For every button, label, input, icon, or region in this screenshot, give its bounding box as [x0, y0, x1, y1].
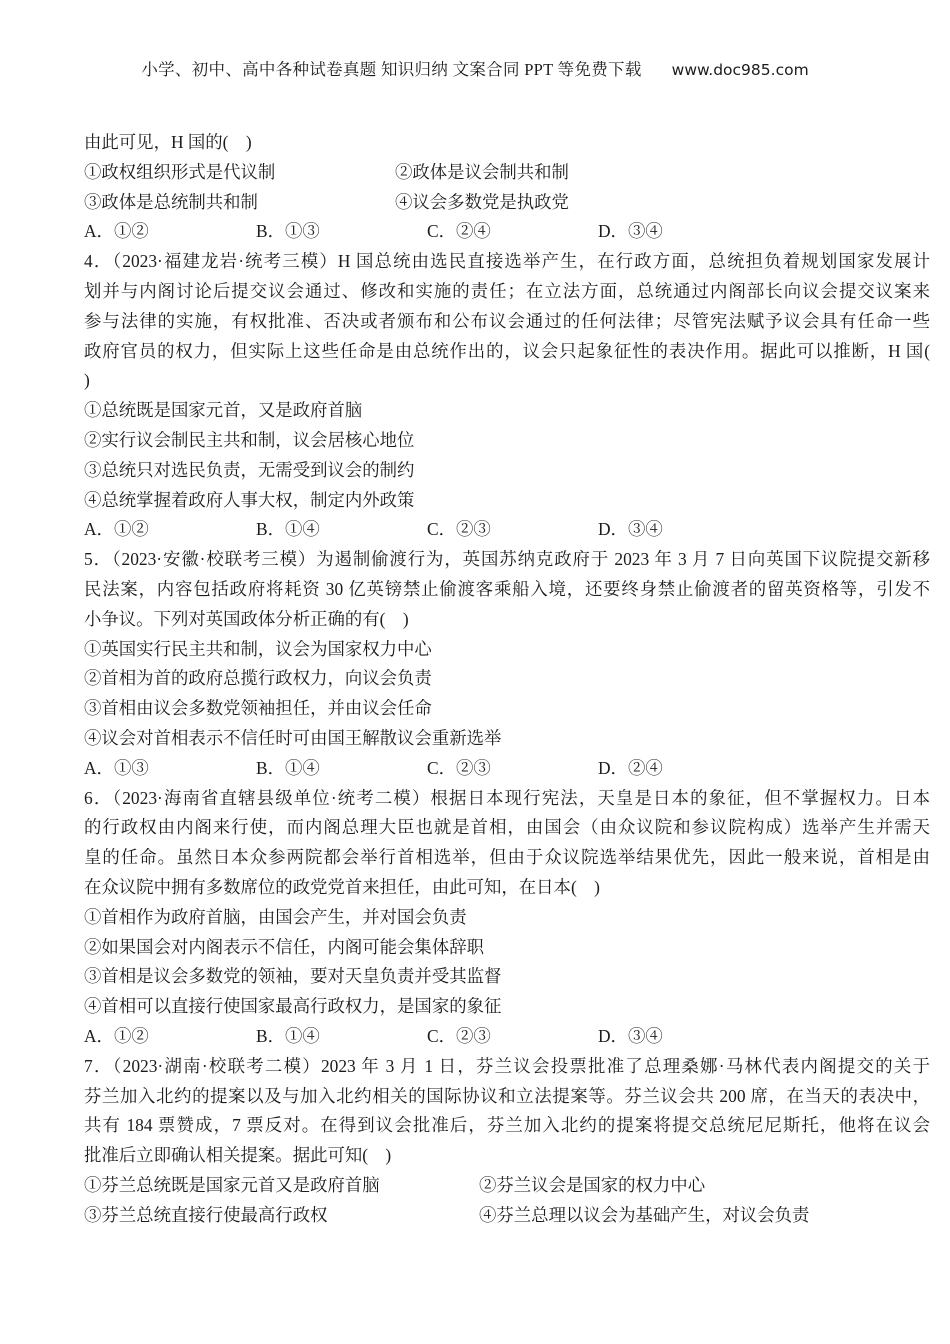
q6-option-line: ②如果国会对内阁表示不信任，内阁可能会集体辞职: [84, 933, 930, 963]
answer-item: D．③④: [598, 217, 663, 247]
answer-item: A．①②: [84, 217, 149, 247]
q7-paragraph-line: 批准后立即确认相关提案。据此可知( ): [84, 1141, 930, 1171]
q5-paragraph-line: 小争议。下列对英国政体分析正确的有( ): [84, 605, 930, 635]
answer-item: D．③④: [598, 1022, 663, 1052]
answer-item: C．②④: [427, 217, 491, 247]
q6-paragraph-line: 在众议院中拥有多数席位的政党党首来担任，由此可知，在日本( ): [84, 873, 930, 903]
q5-option-line: ④议会对首相表示不信任时可由国王解散议会重新选举: [84, 724, 930, 754]
q4-option-line: ①总统既是国家元首，又是政府首脑: [84, 396, 930, 426]
q6-answer-row: A．①② B．①④ C．②③ D．③④: [84, 1022, 930, 1052]
q5-paragraph-line: 民法案，内容包括政府将耗资 30 亿英镑禁止偷渡客乘船入境，还要终身禁止偷渡者的…: [84, 575, 930, 605]
q4-paragraph-line: 划并与内阁讨论后提交议会通过、修改和实施的责任；在立法方面，总统通过内阁部长向议…: [84, 277, 930, 307]
answer-item: C．②③: [427, 754, 491, 784]
q5-answer-row: A．①③ B．①④ C．②③ D．②④: [84, 754, 930, 784]
q4-paragraph-line: 政府官员的权力，但实际上这些任命是由总统作出的，议会只起象征性的表决作用。据此可…: [84, 337, 930, 367]
q4-option-line: ④总统掌握着政府人事大权，制定内外政策: [84, 486, 930, 516]
answer-item: D．②④: [598, 754, 663, 784]
q6-option-line: ①首相作为政府首脑，由国会产生，并对国会负责: [84, 903, 930, 933]
answer-item: B．①④: [256, 515, 320, 545]
q4-option-line: ③总统只对选民负责，无需受到议会的制约: [84, 456, 930, 486]
q5-paragraph-line: 5．（2023·安徽·校联考三模）为遏制偷渡行为，英国苏纳克政府于 2023 年…: [84, 545, 930, 575]
q3-answer-row: A．①② B．①③ C．②④ D．③④: [84, 217, 930, 247]
q7-option-row-1: ①芬兰总统既是国家元首又是政府首脑 ②芬兰议会是国家的权力中心: [84, 1171, 930, 1201]
q7-paragraph-line: 芬兰加入北约的提案以及与加入北约相关的国际协议和立法提案等。芬兰议会共 200 …: [84, 1082, 930, 1112]
answer-item: A．①③: [84, 754, 149, 784]
q4-paragraph-line: 4．（2023·福建龙岩·统考三模）H 国总统由选民直接选举产生，在行政方面，总…: [84, 247, 930, 277]
option-item: ④议会多数党是执政党: [395, 188, 569, 218]
q5-option-line: ②首相为首的政府总揽行政权力，向议会负责: [84, 664, 930, 694]
q6-option-line: ③首相是议会多数党的领袖，要对天皇负责并受其监督: [84, 962, 930, 992]
answer-item: C．②③: [427, 515, 491, 545]
option-item: ③芬兰总统直接行使最高行政权: [84, 1201, 327, 1231]
q4-paragraph-line: 参与法律的实施，有权批准、否决或者颁布和公布议会通过的任何法律；尽管宪法赋予议会…: [84, 307, 930, 337]
answer-item: B．①④: [256, 754, 320, 784]
q5-option-line: ③首相由议会多数党领袖担任，并由议会任命: [84, 694, 930, 724]
option-item: ①政权组织形式是代议制: [84, 158, 275, 188]
q6-paragraph-line: 的行政权由内阁来行使，而内阁总理大臣也就是首相，由国会（由众议院和参议院构成）选…: [84, 813, 930, 843]
q6-option-line: ④首相可以直接行使国家最高行政权力，是国家的象征: [84, 992, 930, 1022]
q3-option-row-2: ③政体是总统制共和制 ④议会多数党是执政党: [84, 188, 930, 218]
option-item: ①芬兰总统既是国家元首又是政府首脑: [84, 1171, 380, 1201]
option-item: ②芬兰议会是国家的权力中心: [479, 1171, 705, 1201]
q7-paragraph-line: 7．（2023·湖南·校联考二模）2023 年 3 月 1 日，芬兰议会投票批准…: [84, 1052, 930, 1082]
q4-paragraph-line: ): [84, 366, 930, 396]
answer-item: C．②③: [427, 1022, 491, 1052]
q6-paragraph-line: 皇的任命。虽然日本众参两院都会举行首相选举，但由于众议院选举结果优先，因此一般来…: [84, 843, 930, 873]
q4-answer-row: A．①② B．①④ C．②③ D．③④: [84, 515, 930, 545]
q6-paragraph-line: 6．（2023·海南省直辖县级单位·统考二模）根据日本现行宪法，天皇是日本的象征…: [84, 784, 930, 814]
option-item: ②政体是议会制共和制: [395, 158, 569, 188]
header-site-url: www.doc985.com: [672, 61, 809, 79]
header-promo-text: 小学、初中、高中各种试卷真题 知识归纳 文案合同 PPT 等免费下载: [141, 60, 641, 79]
q3-option-row-1: ①政权组织形式是代议制 ②政体是议会制共和制: [84, 158, 930, 188]
answer-item: D．③④: [598, 515, 663, 545]
q5-option-line: ①英国实行民主共和制，议会为国家权力中心: [84, 635, 930, 665]
option-item: ④芬兰总理以议会为基础产生，对议会负责: [479, 1201, 809, 1231]
exam-content: 由此可见，H 国的( ) ①政权组织形式是代议制 ②政体是议会制共和制 ③政体是…: [84, 128, 930, 1230]
option-item: ③政体是总统制共和制: [84, 188, 258, 218]
answer-item: A．①②: [84, 1022, 149, 1052]
q3-stem-line: 由此可见，H 国的( ): [84, 128, 930, 158]
q7-paragraph-line: 共有 184 票赞成，7 票反对。在得到议会批准后，芬兰加入北约的提案将提交总统…: [84, 1111, 930, 1141]
answer-item: B．①④: [256, 1022, 320, 1052]
answer-item: B．①③: [256, 217, 320, 247]
page-header: 小学、初中、高中各种试卷真题 知识归纳 文案合同 PPT 等免费下载www.do…: [0, 56, 950, 80]
q7-option-row-2: ③芬兰总统直接行使最高行政权 ④芬兰总理以议会为基础产生，对议会负责: [84, 1201, 930, 1231]
answer-item: A．①②: [84, 515, 149, 545]
q4-option-line: ②实行议会制民主共和制，议会居核心地位: [84, 426, 930, 456]
